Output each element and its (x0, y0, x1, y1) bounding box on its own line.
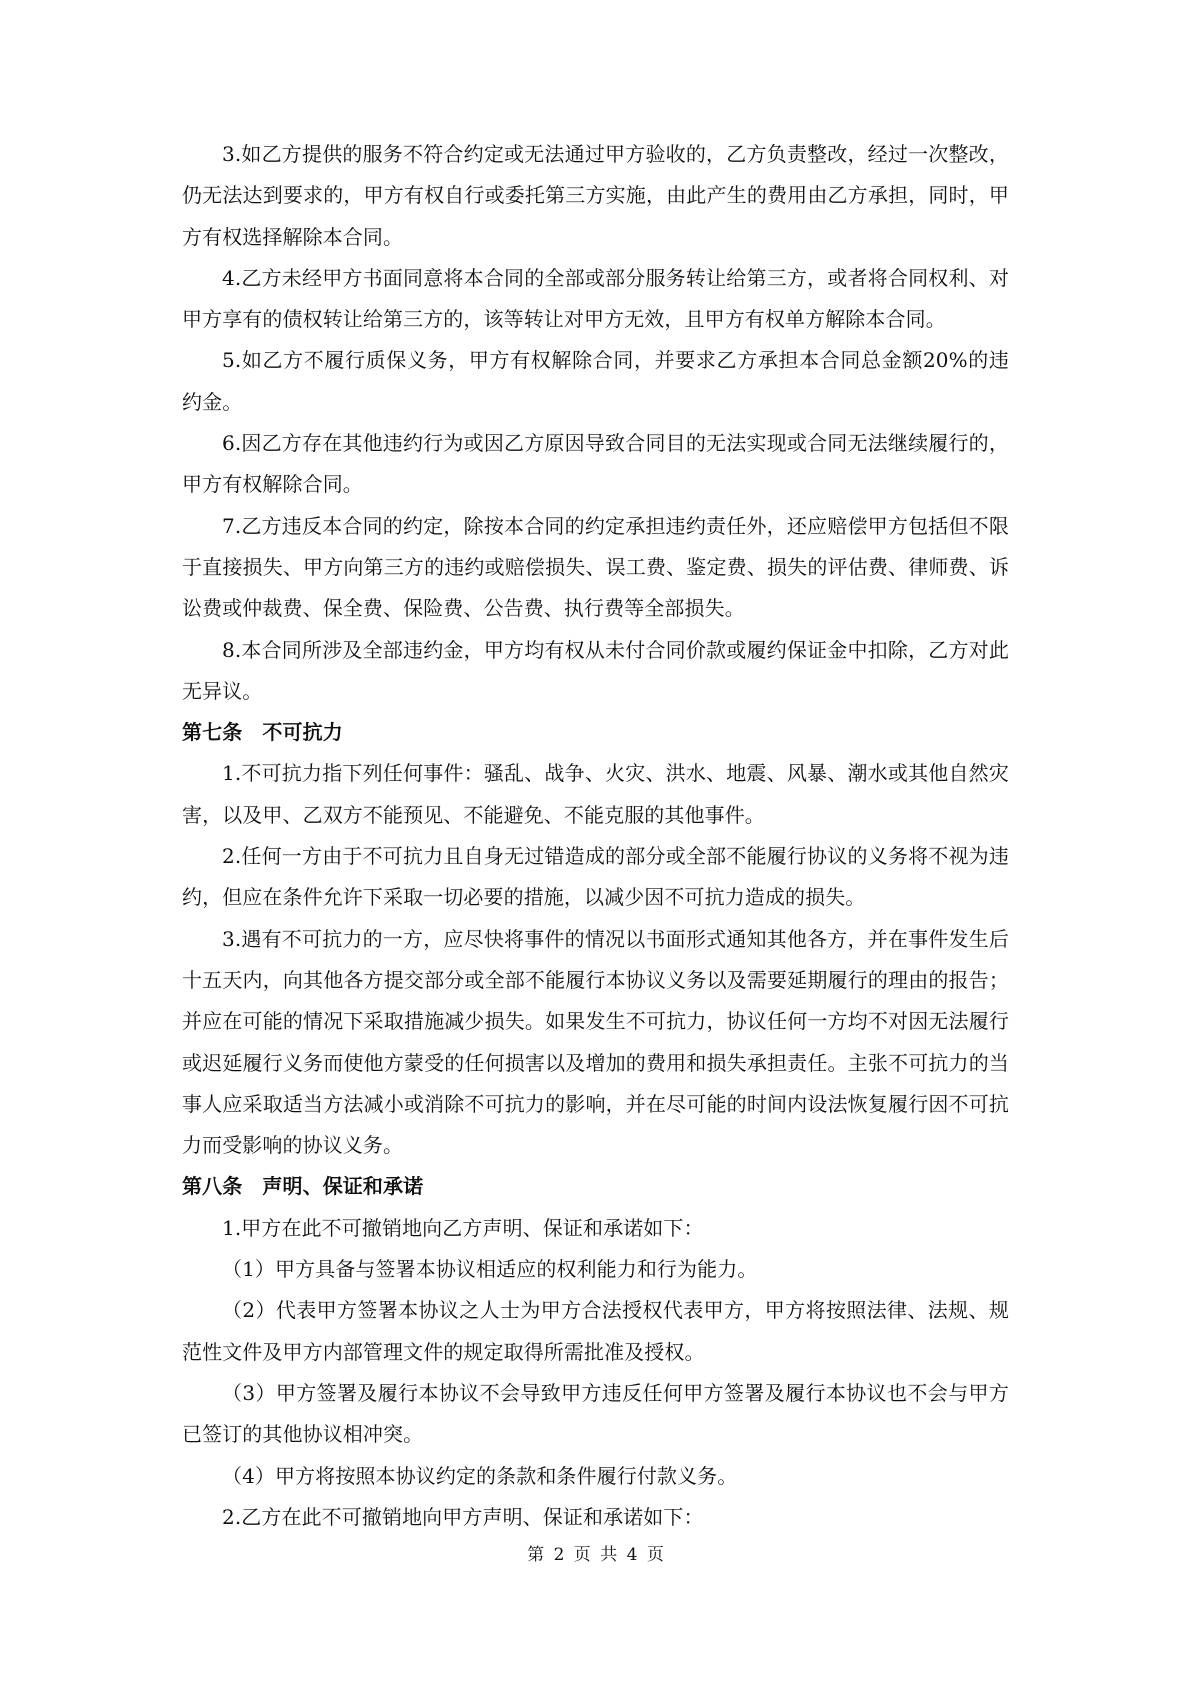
clause-paragraph: （1）甲方具备与签署本协议相适应的权利能力和行为能力。 (182, 1249, 1009, 1290)
clause-paragraph: 1.不可抗力指下列任何事件：骚乱、战争、火灾、洪水、地震、风暴、潮水或其他自然灾… (182, 753, 1009, 836)
clause-paragraph: （2）代表甲方签署本协议之人士为甲方合法授权代表甲方，甲方将按照法律、法规、规范… (182, 1290, 1009, 1373)
clause-paragraph: 6.因乙方存在其他违约行为或因乙方原因导致合同目的无法实现或合同无法继续履行的，… (182, 423, 1009, 506)
clause-paragraph: 1.甲方在此不可撤销地向乙方声明、保证和承诺如下： (182, 1208, 1009, 1249)
clause-paragraph: 2.任何一方由于不可抗力且自身无过错造成的部分或全部不能履行协议的义务将不视为违… (182, 836, 1009, 919)
clause-paragraph: 3.如乙方提供的服务不符合约定或无法通过甲方验收的，乙方负责整改，经过一次整改，… (182, 134, 1009, 258)
page-number: 第 2 页 共 4 页 (182, 1545, 1009, 1565)
clause-paragraph: （3）甲方签署及履行本协议不会导致甲方违反任何甲方签署及履行本协议也不会与甲方已… (182, 1373, 1009, 1456)
clause-paragraph: 3.遇有不可抗力的一方，应尽快将事件的情况以书面形式通知其他各方，并在事件发生后… (182, 919, 1009, 1167)
clause-paragraph: 7.乙方违反本合同的约定，除按本合同的约定承担违约责任外，还应赔偿甲方包括但不限… (182, 506, 1009, 630)
section-heading: 第八条 声明、保证和承诺 (182, 1166, 1009, 1207)
clause-paragraph: 5.如乙方不履行质保义务，甲方有权解除合同，并要求乙方承担本合同总金额20%的违… (182, 340, 1009, 423)
clause-paragraph: 8.本合同所涉及全部违约金，甲方均有权从未付合同价款或履约保证金中扣除，乙方对此… (182, 630, 1009, 713)
clause-paragraph: 2.乙方在此不可撤销地向甲方声明、保证和承诺如下： (182, 1497, 1009, 1538)
document-page: 3.如乙方提供的服务不符合约定或无法通过甲方验收的，乙方负责整改，经过一次整改，… (0, 0, 1191, 1684)
document-body: 3.如乙方提供的服务不符合约定或无法通过甲方验收的，乙方负责整改，经过一次整改，… (182, 134, 1009, 1538)
section-heading: 第七条 不可抗力 (182, 712, 1009, 753)
clause-paragraph: 4.乙方未经甲方书面同意将本合同的全部或部分服务转让给第三方，或者将合同权利、对… (182, 258, 1009, 341)
clause-paragraph: （4）甲方将按照本协议约定的条款和条件履行付款义务。 (182, 1456, 1009, 1497)
